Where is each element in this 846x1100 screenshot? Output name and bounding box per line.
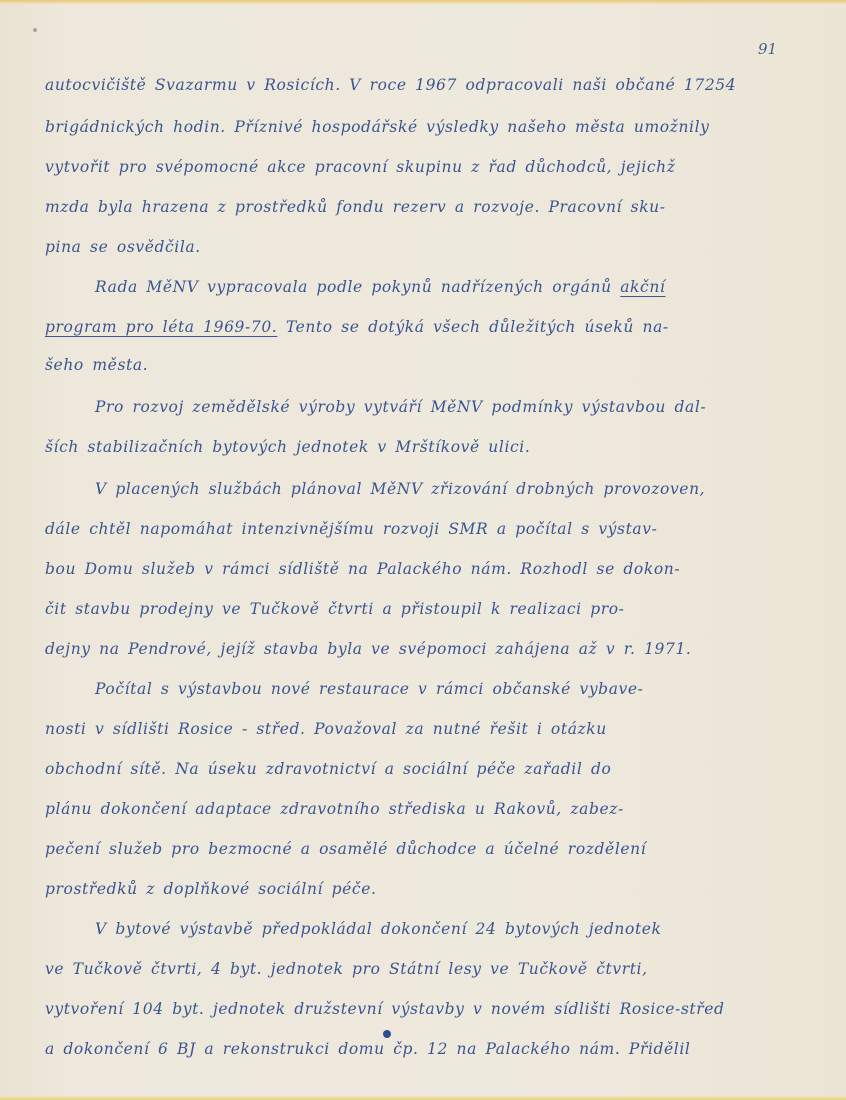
underlined-text: program pro léta 1969-70. <box>45 318 277 336</box>
text-line: pina se osvědčila. <box>45 238 201 256</box>
paper-speck <box>33 28 37 32</box>
text-line: V bytové výstavbě předpokládal dokončení… <box>95 920 662 938</box>
page-bottom-edge <box>0 1096 846 1100</box>
text-line: Pro rozvoj zemědělské výroby vytváří MěN… <box>95 398 706 416</box>
text-line: prostředků z doplňkové sociální péče. <box>45 880 377 898</box>
text-line: čit stavbu prodejny ve Tučkově čtvrti a … <box>45 600 625 618</box>
text-line: bou Domu služeb v rámci sídliště na Pala… <box>45 560 680 578</box>
text-line: obchodní sítě. Na úseku zdravotnictví a … <box>45 760 611 778</box>
text-line: brigádnických hodin. Příznivé hospodářsk… <box>45 118 710 136</box>
text-line: nosti v sídlišti Rosice - střed. Považov… <box>45 720 607 738</box>
text-line: V placených službách plánoval MěNV zřizo… <box>95 480 705 498</box>
text-line: dejny na Pendrové, jejíž stavba byla ve … <box>45 640 691 658</box>
text-line: šeho města. <box>45 356 148 374</box>
text-line: autocvičiště Svazarmu v Rosicích. V roce… <box>45 76 736 94</box>
handwritten-page: 91 autocvičiště Svazarmu v Rosicích. V r… <box>0 4 846 1096</box>
text-line: pečení služeb pro bezmocné a osamělé důc… <box>45 840 646 858</box>
text-line-with-underline: Rada MěNV vypracovala podle pokynů nadří… <box>95 278 665 296</box>
text-line: vytvořit pro svépomocné akce pracovní sk… <box>45 158 676 176</box>
text-line: a dokončení 6 BJ a rekonstrukci domu čp.… <box>45 1040 690 1058</box>
text-line: Počítal s výstavbou nové restaurace v rá… <box>95 680 644 698</box>
ink-blot <box>383 1030 391 1038</box>
text-segment: Rada MěNV vypracovala podle pokynů nadří… <box>95 278 620 296</box>
text-line: vytvoření 104 byt. jednotek družstevní v… <box>45 1000 725 1018</box>
text-line: plánu dokončení adaptace zdravotního stř… <box>45 800 624 818</box>
text-line: dále chtěl napomáhat intenzivnějšímu roz… <box>45 520 657 538</box>
text-line: mzda byla hrazena z prostředků fondu rez… <box>45 198 666 216</box>
text-line: ších stabilizačních bytových jednotek v … <box>45 438 530 456</box>
page-number: 91 <box>758 40 777 58</box>
text-segment: Tento se dotýká všech důležitých úseků n… <box>286 318 669 336</box>
text-line-with-underline: program pro léta 1969-70. Tento se dotýk… <box>45 318 669 336</box>
underlined-text: akční <box>620 278 665 296</box>
text-line: ve Tučkově čtvrti, 4 byt. jednotek pro S… <box>45 960 648 978</box>
